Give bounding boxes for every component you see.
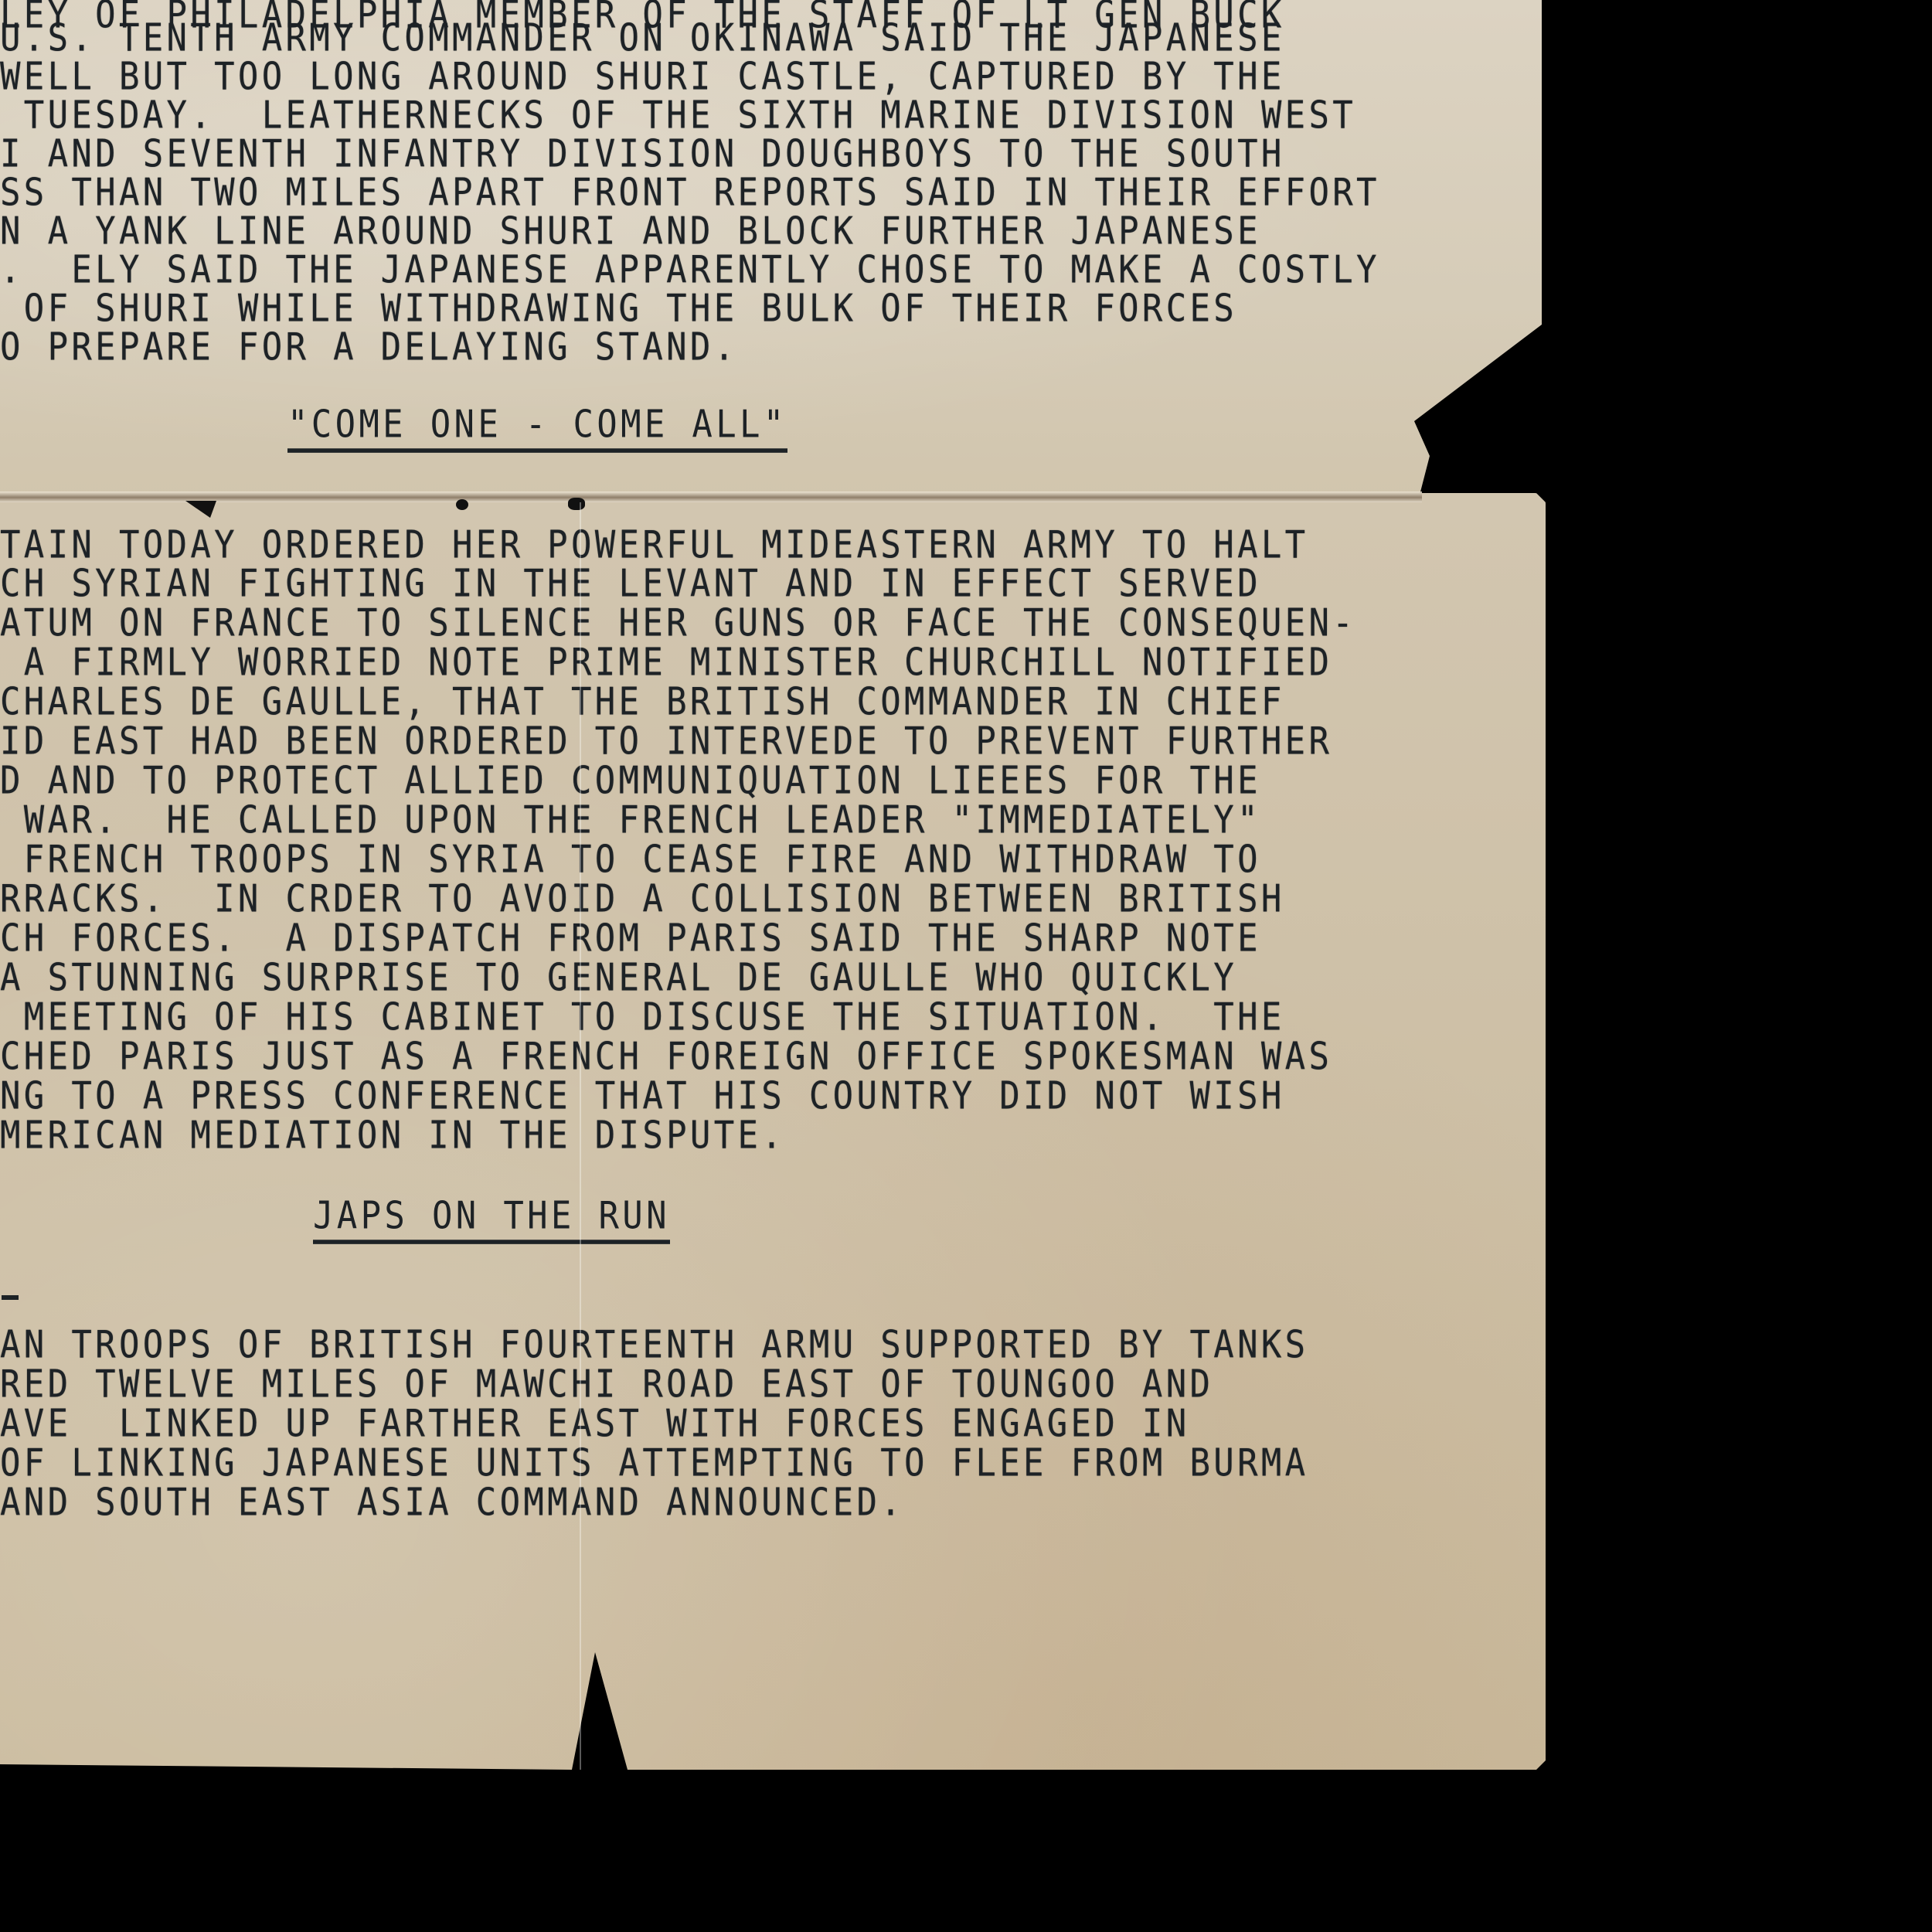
body-line: OF SHURI WHILE WITHDRAWING THE BULK OF T… [0, 287, 1237, 331]
body-line: MERICAN MEDIATION IN THE DISPUTE. [0, 1114, 785, 1158]
section-heading-come-one-come-all: "COME ONE - COME ALL" [287, 403, 787, 453]
body-line: WAR. HE CALLED UPON THE FRENCH LEADER "I… [0, 799, 1261, 842]
body-line: ID EAST HAD BEEN ORDERED TO INTERVEDE TO… [0, 720, 1332, 764]
body-line: A STUNNING SURPRISE TO GENERAL DE GAULLE… [0, 957, 1237, 1000]
fold-crease [0, 492, 1422, 502]
body-line: N A YANK LINE AROUND SHURI AND BLOCK FUR… [0, 210, 1261, 253]
vertical-crease [580, 502, 581, 1770]
body-line: FRENCH TROOPS IN SYRIA TO CEASE FIRE AND… [0, 838, 1261, 882]
body-line: WELL BUT TOO LONG AROUND SHURI CASTLE, C… [0, 56, 1285, 99]
body-line: I AND SEVENTH INFANTRY DIVISION DOUGHBOY… [0, 133, 1285, 176]
paper-sheet-lower: TAIN TODAY ORDERED HER POWERFUL MIDEASTE… [0, 493, 1546, 1772]
body-line: D AND TO PROTECT ALLIED COMMUNIQUATION L… [0, 760, 1261, 803]
body-line: CH FORCES. A DISPATCH FROM PARIS SAID TH… [0, 917, 1261, 961]
body-line: A FIRMLY WORRIED NOTE PRIME MINISTER CHU… [0, 641, 1332, 685]
body-line: OF LINKING JAPANESE UNITS ATTEMPTING TO … [0, 1442, 1308, 1485]
dash-mark [2, 1295, 19, 1300]
body-line: AN TROOPS OF BRITISH FOURTEENTH ARMU SUP… [0, 1324, 1308, 1367]
body-line: RED TWELVE MILES OF MAWCHI ROAD EAST OF … [0, 1363, 1213, 1406]
tear-hole [456, 499, 468, 510]
body-line: ATUM ON FRANCE TO SILENCE HER GUNS OR FA… [0, 602, 1356, 645]
body-line: TUESDAY. LEATHERNECKS OF THE SIXTH MARIN… [0, 94, 1356, 138]
body-line: U.S. TENTH ARMY COMMANDER ON OKINAWA SAI… [0, 17, 1285, 60]
body-line: AVE LINKED UP FARTHER EAST WITH FORCES E… [0, 1403, 1190, 1446]
paper-sheet-upper: LEY OF PHILADELPHIA MEMBER OF THE STAFF … [0, 0, 1542, 502]
body-line: CHED PARIS JUST AS A FRENCH FOREIGN OFFI… [0, 1036, 1332, 1079]
body-line: . ELY SAID THE JAPANESE APPARENTLY CHOSE… [0, 249, 1380, 292]
body-line: AND SOUTH EAST ASIA COMMAND ANNOUNCED. [0, 1481, 904, 1525]
body-line: RRACKS. IN CRDER TO AVOID A COLLISION BE… [0, 878, 1285, 921]
section-heading-japs-on-the-run: JAPS ON THE RUN [313, 1195, 670, 1244]
body-line: CH SYRIAN FIGHTING IN THE LEVANT AND IN … [0, 563, 1261, 606]
body-line: SS THAN TWO MILES APART FRONT REPORTS SA… [0, 172, 1380, 215]
body-line: O PREPARE FOR A DELAYING STAND. [0, 326, 738, 369]
tear-hole [568, 498, 585, 510]
body-line: NG TO A PRESS CONFERENCE THAT HIS COUNTR… [0, 1075, 1285, 1118]
body-line: MEETING OF HIS CABINET TO DISCUSE THE SI… [0, 996, 1285, 1039]
body-line: TAIN TODAY ORDERED HER POWERFUL MIDEASTE… [0, 524, 1308, 567]
body-line: CHARLES DE GAULLE, THAT THE BRITISH COMM… [0, 681, 1285, 724]
